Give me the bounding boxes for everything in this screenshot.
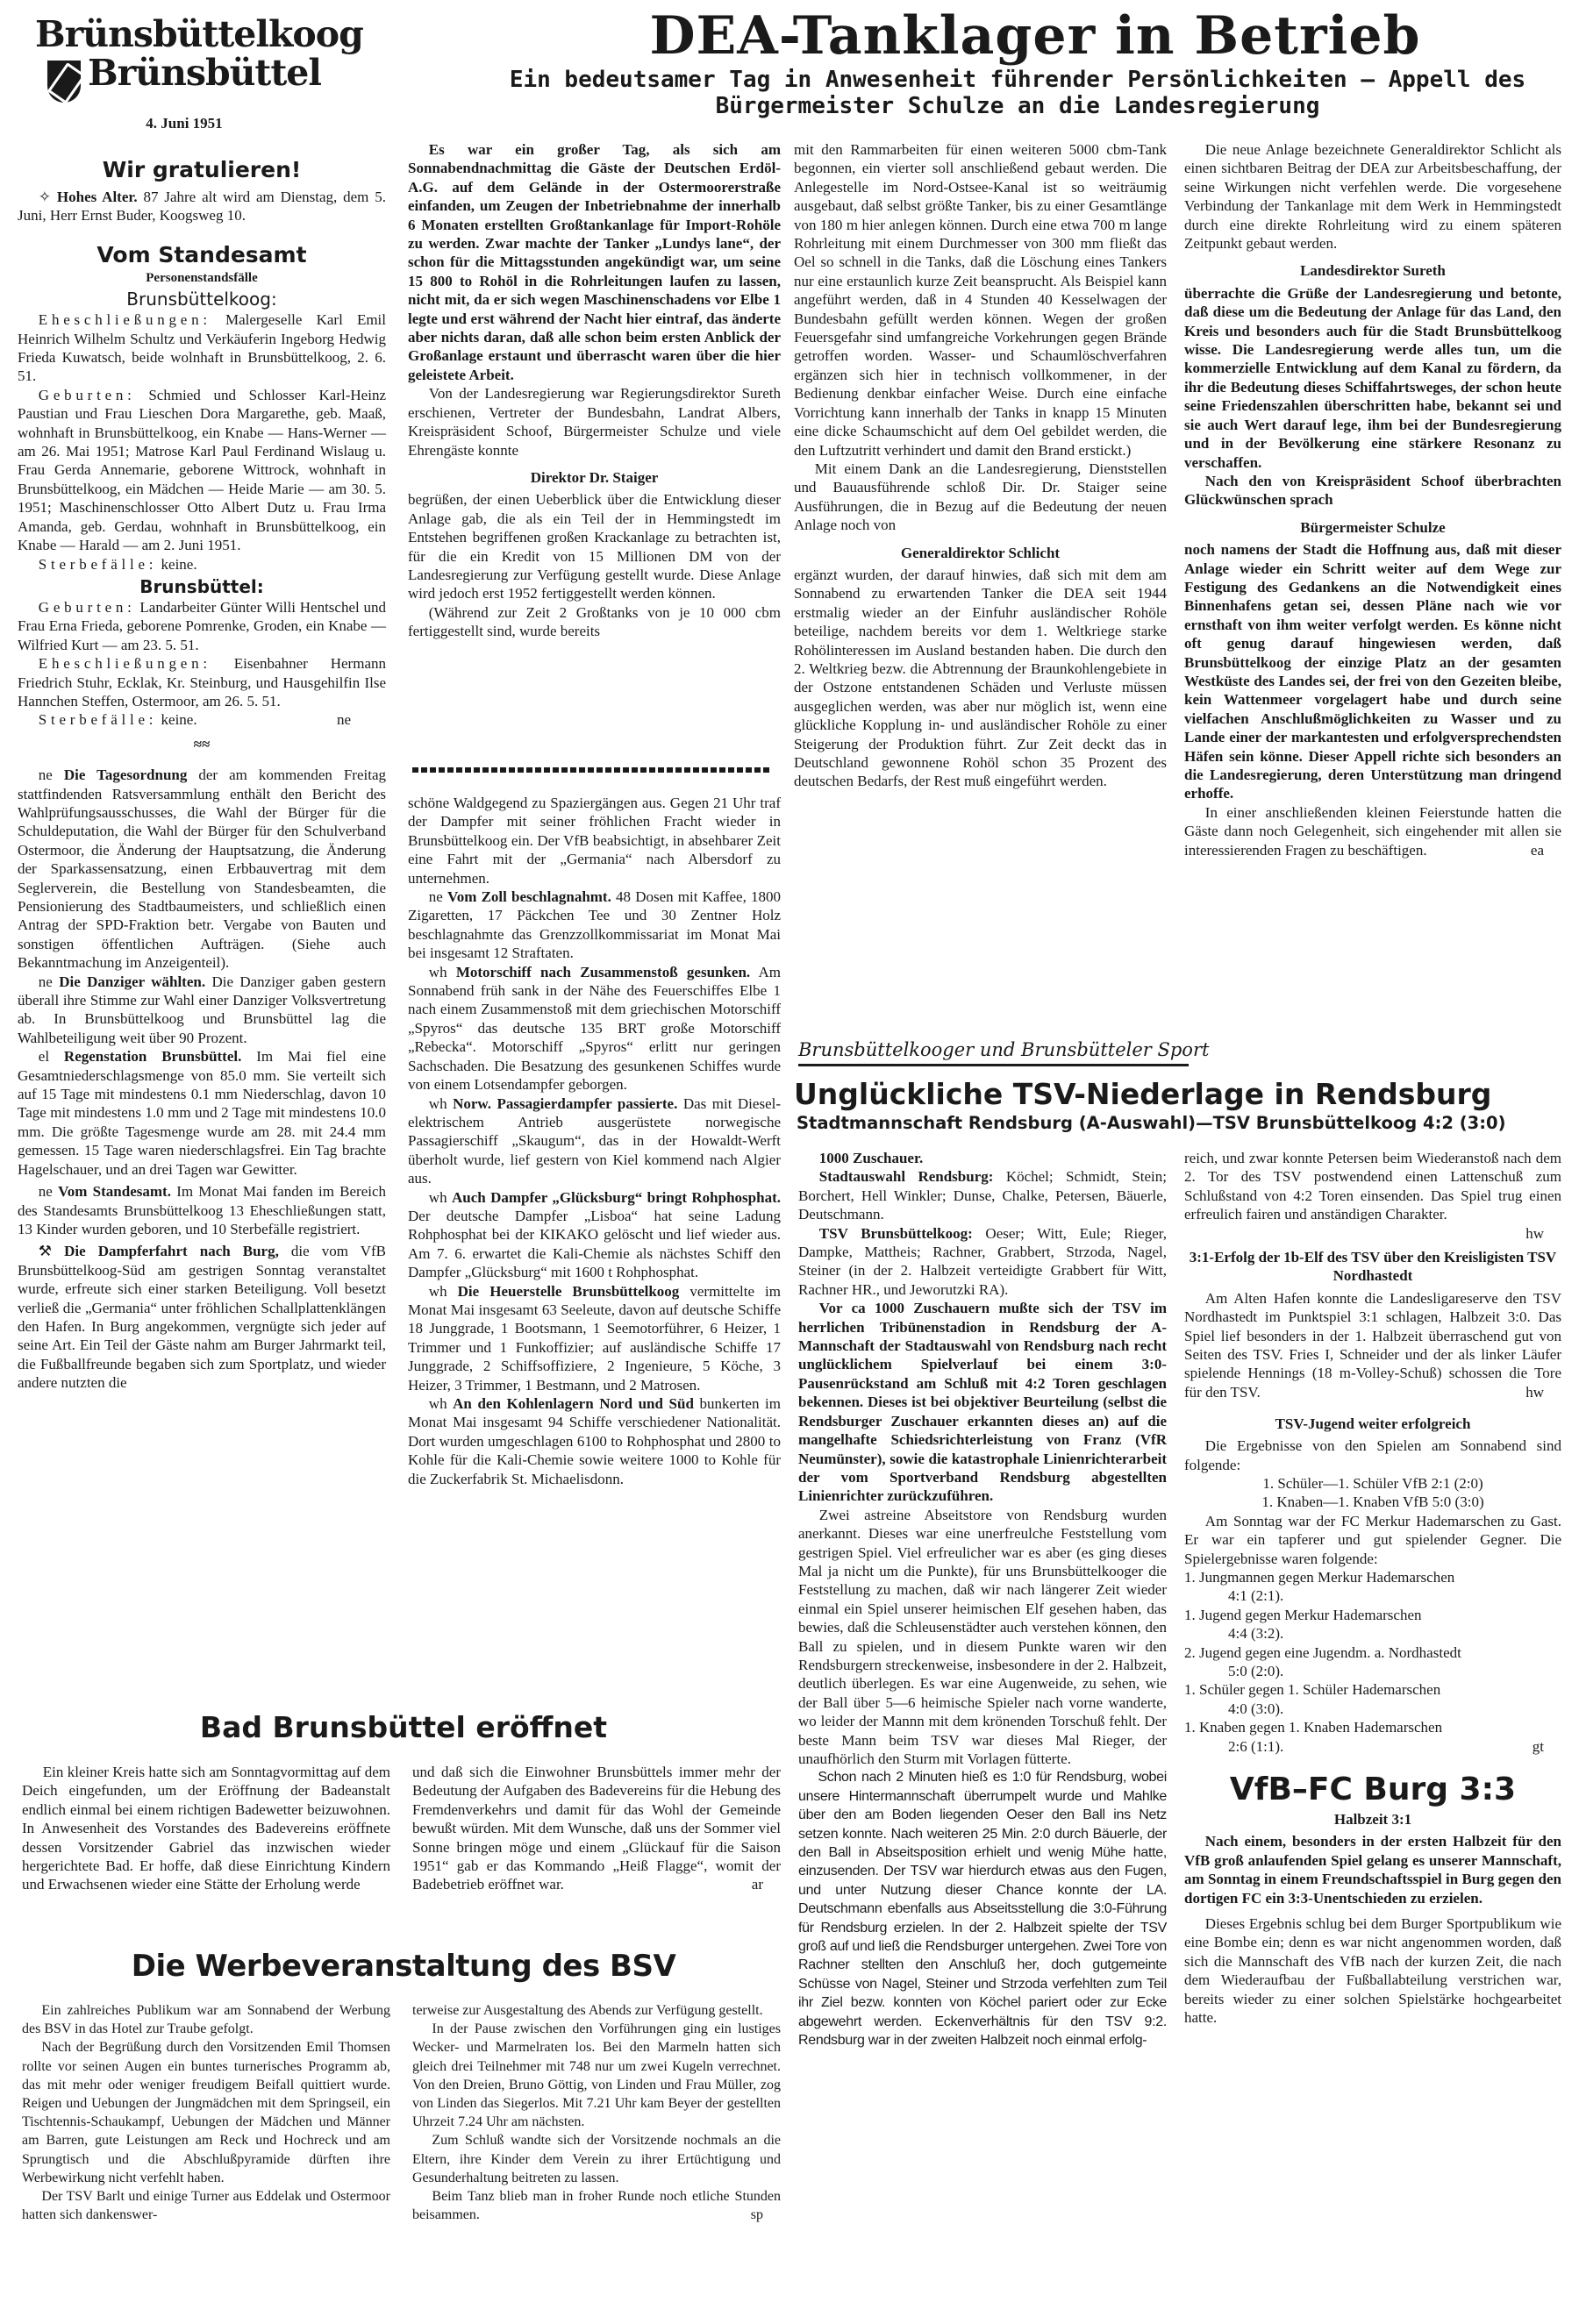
vfb-halftime: Halbzeit 3:1: [1184, 1810, 1561, 1829]
place-brunsbuettelkoog: Brunsbüttelkoog:: [18, 288, 386, 310]
news-item: el Regenstation Brunsbüttel. Im Mai fiel…: [18, 1047, 386, 1179]
births-koog: Geburten: Schmied und Schlosser Karl-Hei…: [18, 386, 386, 555]
dea-paragraph: begrüßen, der einen Ueberblick über die …: [408, 490, 781, 602]
births-buettel: Geburten: Landarbeiter Günter Willi Hent…: [18, 598, 386, 654]
dea-column-1: Es war ein großer Tag, als sich am Sonna…: [408, 140, 781, 641]
dea-paragraph: Nach den von Kreispräsident Schoof überb…: [1184, 472, 1561, 510]
bsv-paragraph: Zum Schluß wandte sich der Vorsitzende n…: [412, 2131, 781, 2187]
news-item: ne Die Danziger wählten. Die Danziger ga…: [18, 973, 386, 1048]
spectators: 1000 Zuschauer.: [798, 1149, 1167, 1167]
standesamt-title: Vom Standesamt: [18, 241, 386, 269]
bsv-column-2: terweise zur Ausgestaltung des Abends zu…: [412, 2001, 781, 2224]
news-item: wh Norw. Passagierdampfer passierte. Das…: [408, 1094, 781, 1188]
dea-paragraph: überrachte die Grüße der Landesregierung…: [1184, 284, 1561, 472]
sport-paragraph: reich, und zwar konnte Petersen beim Wie…: [1184, 1149, 1561, 1224]
dea-subhead-sureth: Landesdirektor Sureth: [1184, 261, 1561, 280]
diamond-divider: [412, 767, 772, 773]
gratulation-title: Wir gratulieren!: [18, 156, 386, 184]
standesamt-subtitle: Personenstandsfälle: [18, 269, 386, 288]
deaths-buettel: Sterbefälle: keine.ne: [18, 710, 386, 729]
result-line: 1. Knaben—1. Knaben VfB 5:0 (3:0): [1184, 1493, 1561, 1511]
left-column-top: Wir gratulieren! ✧ Hohes Alter. 87 Jahre…: [18, 156, 386, 1393]
sport-paragraph: Die Ergebnisse von den Spielen am Sonnab…: [1184, 1436, 1561, 1474]
masthead-title-line1: Brünsbüttelkoog: [35, 16, 333, 53]
anchor-crest-icon: [47, 61, 81, 103]
issue-date: 4. Juni 1951: [35, 115, 333, 132]
news-item: wh Auch Dampfer „Glücksburg“ bringt Rohp…: [408, 1188, 781, 1282]
dea-column-3: Die neue Anlage bezeichnete Generaldirek…: [1184, 140, 1561, 859]
bsv-column-1: Ein zahlreiches Publikum war am Sonnaben…: [22, 2001, 390, 2224]
result-line: 1. Schüler—1. Schüler VfB 2:1 (2:0): [1184, 1474, 1561, 1493]
sport-section-title: Brunsbüttelkooger und Brunsbütteler Spor…: [798, 1037, 1570, 1062]
bad-column-2: und daß sich die Einwohner Brunsbüttels …: [412, 1763, 781, 1894]
dea-paragraph: In einer anschließenden kleinen Feierstu…: [1184, 803, 1561, 859]
bsv-paragraph: Beim Tanz blieb man in froher Runde noch…: [412, 2187, 781, 2224]
dea-paragraph: Von der Landesregierung war Regierungsdi…: [408, 384, 781, 460]
vfb-paragraph: Nach einem, besonders in der ersten Halb…: [1184, 1832, 1561, 1907]
masthead: Brünsbüttelkoog Brünsbüttel 4. Juni 1951: [35, 16, 333, 132]
star-icon: ✧: [39, 189, 57, 205]
sport-column-2: reich, und zwar konnte Petersen beim Wie…: [1184, 1149, 1561, 2027]
dea-paragraph: (Während zur Zeit 2 Großtanks von je 10 …: [408, 603, 781, 641]
bad-headline: Bad Brunsbüttel eröffnet: [18, 1710, 789, 1745]
dea-column-2: mit den Rammarbeiten für einen weiteren …: [794, 140, 1167, 791]
deaths-koog: Sterbefälle: keine.: [18, 555, 386, 574]
dea-subhead-schulze: Bürgermeister Schulze: [1184, 518, 1561, 537]
news-item: ne Die Tagesordnung der am kommenden Fre…: [18, 766, 386, 972]
dea-intro: Es war ein großer Tag, als sich am Sonna…: [408, 140, 781, 384]
sport-paragraph: Vor ca 1000 Zuschauern mußte sich der TS…: [798, 1299, 1167, 1505]
bsv-paragraph: In der Pause zwischen den Vorführungen g…: [412, 2020, 781, 2131]
bsv-paragraph: Der TSV Barlt und einige Turner aus Edde…: [22, 2187, 390, 2224]
news-item: ne Vom Zoll beschlagnahmt. 48 Dosen mit …: [408, 888, 781, 963]
subhead-jugend: TSV-Jugend weiter erfolgreich: [1184, 1415, 1561, 1433]
bad-column-1: Ein kleiner Kreis hatte sich am Sonntagv…: [22, 1763, 390, 1894]
bsv-paragraph: terweise zur Ausgestaltung des Abends zu…: [412, 2001, 781, 2020]
dea-subheadline: Ein bedeutsamer Tag in Anwesenheit führe…: [465, 67, 1570, 119]
bad-paragraph: Ein kleiner Kreis hatte sich am Sonntagv…: [22, 1763, 390, 1894]
middle-news-column: schöne Waldgegend zu Spaziergängen aus. …: [408, 794, 781, 1488]
sport-paragraph: Am Sonntag war der FC Merkur Hademarsche…: [1184, 1512, 1561, 1568]
dea-subhead-schlicht: Generaldirektor Schlicht: [794, 544, 1167, 562]
dea-paragraph: Mit einem Dank an die Landesregierung, D…: [794, 460, 1167, 535]
lineup-tsv: TSV Brunsbüttelkoog: Oeser; Witt, Eule; …: [798, 1224, 1167, 1300]
bsv-headline: Die Werbeveranstaltung des BSV: [18, 1949, 789, 1984]
news-item: wh An den Kohlenlagern Nord und Süd bunk…: [408, 1394, 781, 1488]
vfb-headline: VfB–FC Burg 3:3: [1184, 1770, 1561, 1810]
subhead-1b-elf: 3:1-Erfolg der 1b-Elf des TSV über den K…: [1184, 1248, 1561, 1286]
sport-paragraph: Schon nach 2 Minuten hieß es 1:0 für Ren…: [798, 1768, 1167, 2050]
signature: hw: [1184, 1224, 1544, 1243]
vfb-paragraph: Dieses Ergebnis schlug bei dem Burger Sp…: [1184, 1914, 1561, 2027]
news-continuation: schöne Waldgegend zu Spaziergängen aus. …: [408, 794, 781, 888]
sport-column-1: 1000 Zuschauer. Stadtauswahl Rendsburg: …: [798, 1149, 1167, 2050]
dea-subhead-staiger: Direktor Dr. Staiger: [408, 468, 781, 487]
ornament-divider: ≈≈: [18, 735, 386, 753]
place-brunsbuettel: Brunsbüttel:: [18, 575, 386, 598]
news-item: ne Vom Standesamt. Im Monat Mai fanden i…: [18, 1182, 386, 1238]
masthead-title-line2: Brünsbüttel: [88, 52, 321, 94]
hammer-icon: ⚒: [39, 1243, 52, 1259]
dea-headline: DEA-Tanklager in Betrieb: [491, 7, 1579, 65]
marriages-buettel: Eheschließungen: Eisenbahner Hermann Fri…: [18, 654, 386, 710]
dea-paragraph: Die neue Anlage bezeichnete Generaldirek…: [1184, 140, 1561, 253]
dea-paragraph: noch namens der Stadt die Hoffnung aus, …: [1184, 540, 1561, 803]
sport-paragraph: Zwei astreine Abseitstore von Rendsburg …: [798, 1506, 1167, 1769]
news-item: wh Die Heuerstelle Brunsbüttelkoog vermi…: [408, 1282, 781, 1394]
sport-subheadline: Stadtmannschaft Rendsburg (A-Auswahl)—TS…: [797, 1112, 1577, 1135]
dea-paragraph: mit den Rammarbeiten für einen weiteren …: [794, 140, 1167, 460]
results-list: 1. Jungmannen gegen Merkur Hademarschen …: [1184, 1568, 1561, 1756]
lineup-rendsburg: Stadtauswahl Rendsburg: Köchel; Schmidt,…: [798, 1167, 1167, 1223]
bsv-paragraph: Nach der Begrüßung durch den Vorsitzende…: [22, 2038, 390, 2187]
dea-paragraph: ergänzt wurden, der darauf hinwies, daß …: [794, 566, 1167, 791]
news-item: wh Motorschiff nach Zusammenstoß gesunke…: [408, 963, 781, 1094]
bad-paragraph: und daß sich die Einwohner Brunsbüttels …: [412, 1763, 781, 1894]
bsv-paragraph: Ein zahlreiches Publikum war am Sonnaben…: [22, 2001, 390, 2038]
marriages-koog: Eheschließungen: Malergeselle Karl Emil …: [18, 310, 386, 386]
sport-headline: Unglückliche TSV-Niederlage in Rendsburg: [794, 1077, 1575, 1112]
gratulation-text: ✧ Hohes Alter. 87 Jahre alt wird am Dien…: [18, 188, 386, 225]
news-item: ⚒ Die Dampferfahrt nach Burg, die vom Vf…: [18, 1242, 386, 1392]
section-rule: [798, 1064, 1189, 1066]
